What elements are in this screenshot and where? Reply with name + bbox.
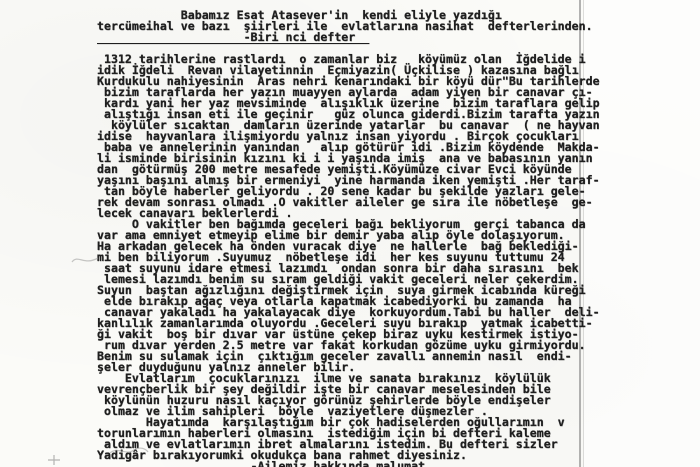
pencil-mark [108, 444, 150, 458]
typewritten-text-block: Babamız Esat Atasever'in kendi eliyle ya… [0, 10, 700, 467]
pencil-mark [70, 252, 100, 268]
pencil-mark [46, 454, 62, 467]
scanned-page: Babamız Esat Atasever'in kendi eliyle ya… [0, 0, 700, 467]
heading-line: -Ailemiz hakkında malumat [97, 461, 700, 467]
heading-line: -Biri nci defter [97, 32, 700, 43]
